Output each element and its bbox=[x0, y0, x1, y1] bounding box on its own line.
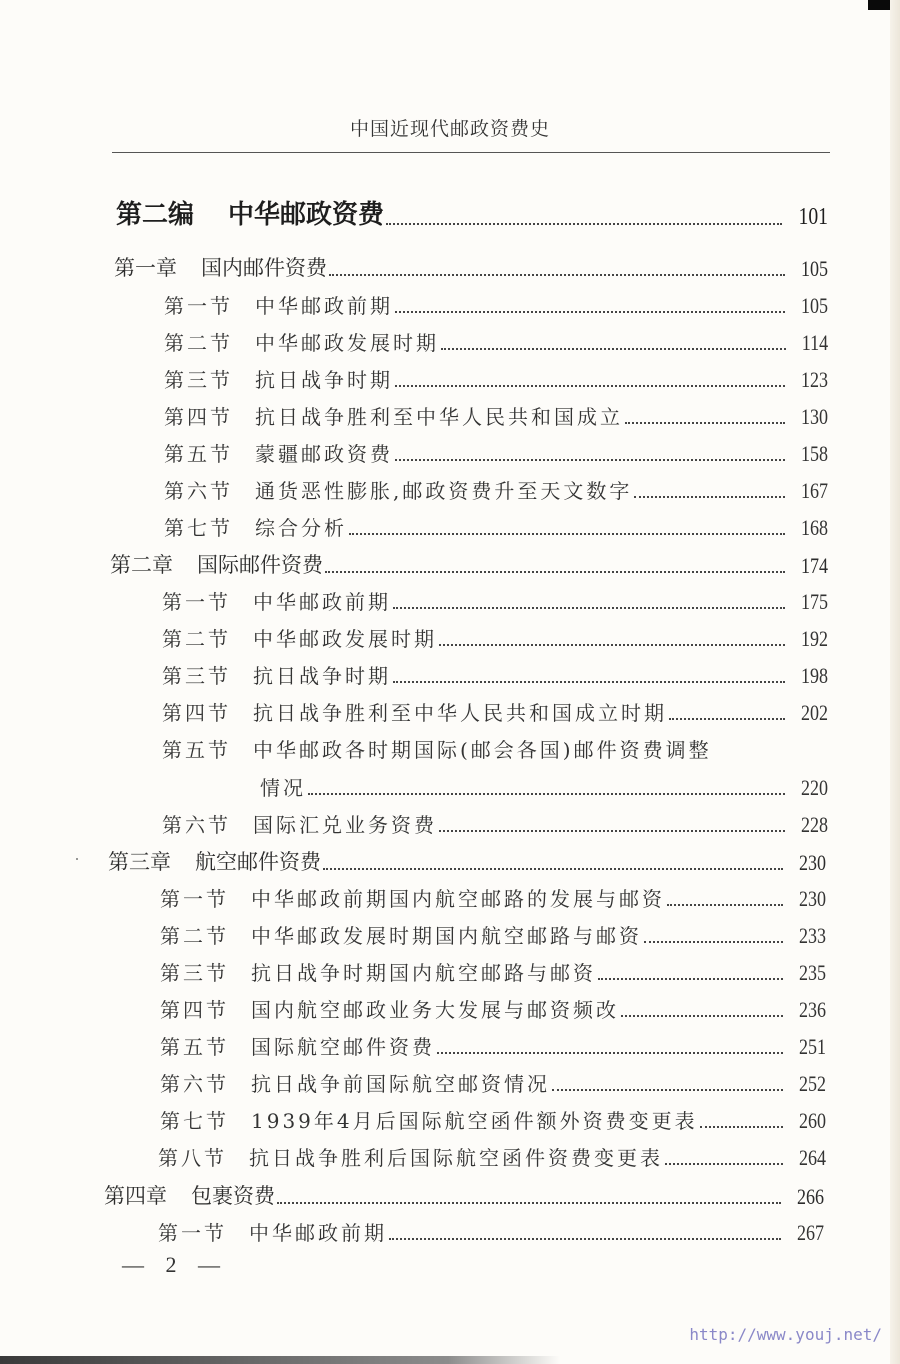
dot-leader bbox=[667, 884, 783, 906]
section-title-continued: 情况 bbox=[260, 772, 306, 801]
section-title: 抗日战争时期 bbox=[253, 660, 391, 689]
dot-leader bbox=[598, 958, 783, 980]
dot-leader bbox=[395, 365, 785, 387]
section-label: 第二节 bbox=[164, 327, 233, 356]
toc-section[interactable]: 第四节 抗日战争胜利至中华人民共和国成立时期 202 bbox=[162, 697, 828, 726]
section-title: 中华邮政前期 bbox=[255, 290, 393, 319]
toc-section-continuation[interactable]: 情况 220 bbox=[260, 772, 828, 801]
toc-section[interactable]: 第八节 抗日战争胜利后国际航空函件资费变更表 264 bbox=[158, 1142, 826, 1171]
page-number: 233 bbox=[799, 923, 826, 949]
section-title: 国际汇兑业务资费 bbox=[253, 809, 437, 838]
section-title: 1939年4月后国际航空函件额外资费变更表 bbox=[251, 1105, 698, 1134]
dot-leader bbox=[323, 847, 783, 870]
section-title: 中华邮政发展时期 bbox=[255, 327, 439, 356]
section-label: 第三节 bbox=[160, 957, 229, 986]
page-number: 175 bbox=[801, 589, 828, 615]
chapter-label: 第一章 bbox=[114, 252, 177, 282]
toc-section[interactable]: 第四节 国内航空邮政业务大发展与邮资频改 236 bbox=[160, 994, 826, 1023]
page-number: 130 bbox=[801, 404, 828, 430]
page-number: 158 bbox=[801, 441, 828, 467]
dot-leader bbox=[441, 328, 786, 350]
section-label: 第二节 bbox=[160, 920, 229, 949]
section-title: 中华邮政发展时期 bbox=[253, 623, 437, 652]
section-title: 抗日战争时期 bbox=[255, 364, 393, 393]
section-title: 中华邮政各时期国际(邮会各国)邮件资费调整 bbox=[253, 734, 712, 763]
dot-leader bbox=[329, 253, 785, 276]
toc-chapter[interactable]: 第三章 航空邮件资费 230 bbox=[108, 846, 826, 876]
dot-leader bbox=[669, 698, 785, 720]
toc-section[interactable]: 第三节 抗日战争时期 123 bbox=[164, 364, 828, 393]
page-number: 267 bbox=[797, 1220, 824, 1246]
toc-section[interactable]: 第一节 中华邮政前期国内航空邮路的发展与邮资 230 bbox=[160, 883, 826, 912]
section-label: 第六节 bbox=[162, 809, 231, 838]
toc-section[interactable]: 第一节 中华邮政前期 105 bbox=[164, 290, 828, 319]
dot-leader bbox=[308, 773, 785, 795]
dot-leader bbox=[644, 921, 783, 943]
toc-section[interactable]: 第一节 中华邮政前期 175 bbox=[162, 586, 828, 615]
page-number: 192 bbox=[801, 626, 828, 652]
toc-section[interactable]: 第六节 抗日战争前国际航空邮资情况 252 bbox=[160, 1068, 826, 1097]
page-number: 235 bbox=[799, 960, 826, 986]
chapter-label: 第四章 bbox=[104, 1180, 167, 1210]
dot-leader bbox=[389, 1218, 781, 1240]
section-label: 第三节 bbox=[164, 364, 233, 393]
toc-section[interactable]: 第三节 抗日战争时期国内航空邮路与邮资 235 bbox=[160, 957, 826, 986]
section-label: 第一节 bbox=[164, 290, 233, 319]
section-label: 第五节 bbox=[162, 734, 231, 763]
page-number: 236 bbox=[799, 997, 826, 1023]
toc-section[interactable]: 第二节 中华邮政发展时期 114 bbox=[164, 327, 828, 356]
running-head: 中国近现代邮政资费史 bbox=[0, 114, 900, 141]
dot-leader bbox=[325, 550, 785, 573]
page-number: 228 bbox=[801, 812, 828, 838]
page-number: 252 bbox=[799, 1071, 826, 1097]
dot-leader bbox=[621, 995, 783, 1017]
dot-leader bbox=[665, 1143, 783, 1165]
scan-edge-right bbox=[890, 0, 900, 1364]
section-title: 抗日战争时期国内航空邮路与邮资 bbox=[251, 957, 596, 986]
page-folio: — 2 — bbox=[122, 1252, 228, 1278]
toc-part[interactable]: 第二编 中华邮政资费 101 bbox=[116, 194, 828, 231]
dot-leader bbox=[439, 810, 785, 832]
section-label: 第二节 bbox=[162, 623, 231, 652]
toc-section[interactable]: 第六节 国际汇兑业务资费 228 bbox=[162, 809, 828, 838]
toc-chapter[interactable]: 第四章 包裹资费 266 bbox=[104, 1180, 824, 1210]
dot-leader bbox=[393, 661, 785, 683]
section-title: 通货恶性膨胀,邮政资费升至天文数字 bbox=[255, 475, 632, 504]
page-number: 123 bbox=[801, 367, 828, 393]
chapter-label: 第二章 bbox=[110, 549, 173, 579]
part-label: 第二编 bbox=[116, 194, 194, 231]
section-title: 蒙疆邮政资费 bbox=[255, 438, 393, 467]
page-number: 174 bbox=[801, 553, 828, 579]
dot-leader bbox=[277, 1181, 781, 1204]
scan-speck bbox=[76, 858, 78, 860]
dot-leader bbox=[700, 1106, 783, 1128]
toc-section[interactable]: 第二节 中华邮政发展时期 192 bbox=[162, 623, 828, 652]
page-number: 220 bbox=[801, 775, 828, 801]
section-label: 第三节 bbox=[162, 660, 231, 689]
dot-leader bbox=[552, 1069, 783, 1091]
header-rule bbox=[112, 152, 830, 153]
toc-section[interactable]: 第一节 中华邮政前期 267 bbox=[158, 1217, 824, 1246]
part-title: 中华邮政资费 bbox=[228, 194, 384, 231]
dot-leader bbox=[437, 1032, 783, 1054]
section-title: 中华邮政前期 bbox=[249, 1217, 387, 1246]
section-title: 中华邮政前期国内航空邮路的发展与邮资 bbox=[251, 883, 665, 912]
section-title: 抗日战争胜利后国际航空函件资费变更表 bbox=[249, 1142, 663, 1171]
section-label: 第七节 bbox=[160, 1105, 229, 1134]
watermark-url: http://www.youj.net/ bbox=[689, 1325, 882, 1344]
section-title: 综合分析 bbox=[255, 512, 347, 541]
toc-section[interactable]: 第七节 综合分析 168 bbox=[164, 512, 828, 541]
dot-leader bbox=[634, 476, 785, 498]
section-label: 第一节 bbox=[162, 586, 231, 615]
toc-chapter[interactable]: 第一章 国内邮件资费 105 bbox=[114, 252, 828, 282]
page-number: 168 bbox=[801, 515, 828, 541]
section-label: 第五节 bbox=[164, 438, 233, 467]
section-label: 第七节 bbox=[164, 512, 233, 541]
page-number: 230 bbox=[799, 850, 826, 876]
section-label: 第一节 bbox=[158, 1217, 227, 1246]
section-title: 抗日战争前国际航空邮资情况 bbox=[251, 1068, 550, 1097]
chapter-title: 国际邮件资费 bbox=[197, 549, 323, 579]
section-label: 第六节 bbox=[160, 1068, 229, 1097]
page-number: 114 bbox=[802, 330, 828, 356]
page-number: 105 bbox=[801, 293, 828, 319]
toc-section[interactable]: 第四节 抗日战争胜利至中华人民共和国成立 130 bbox=[164, 401, 828, 430]
section-label: 第一节 bbox=[160, 883, 229, 912]
section-title: 中华邮政前期 bbox=[253, 586, 391, 615]
chapter-title: 国内邮件资费 bbox=[201, 252, 327, 282]
section-title: 抗日战争胜利至中华人民共和国成立时期 bbox=[253, 697, 667, 726]
toc-section[interactable]: 第七节 1939年4月后国际航空函件额外资费变更表 260 bbox=[160, 1105, 826, 1134]
page-number: 266 bbox=[797, 1184, 824, 1210]
section-label: 第四节 bbox=[164, 401, 233, 430]
page-number: 167 bbox=[801, 478, 828, 504]
toc-chapter[interactable]: 第二章 国际邮件资费 174 bbox=[110, 549, 828, 579]
dot-leader bbox=[393, 587, 785, 609]
dot-leader bbox=[349, 513, 785, 535]
section-label: 第六节 bbox=[164, 475, 233, 504]
toc-section[interactable]: 第三节 抗日战争时期 198 bbox=[162, 660, 828, 689]
chapter-title: 航空邮件资费 bbox=[195, 846, 321, 876]
section-label: 第八节 bbox=[158, 1142, 227, 1171]
page-number: 260 bbox=[799, 1108, 826, 1134]
toc-section[interactable]: 第二节 中华邮政发展时期国内航空邮路与邮资 233 bbox=[160, 920, 826, 949]
dot-leader bbox=[386, 197, 782, 225]
page-number: 264 bbox=[799, 1145, 826, 1171]
scan-shadow-bottom bbox=[0, 1356, 560, 1364]
section-title: 抗日战争胜利至中华人民共和国成立 bbox=[255, 401, 623, 430]
toc-section[interactable]: 第五节 中华邮政各时期国际(邮会各国)邮件资费调整 bbox=[162, 734, 828, 763]
section-title: 中华邮政发展时期国内航空邮路与邮资 bbox=[251, 920, 642, 949]
section-label: 第四节 bbox=[162, 697, 231, 726]
chapter-title: 包裹资费 bbox=[191, 1180, 275, 1210]
page-number: 202 bbox=[801, 700, 828, 726]
section-title: 国际航空邮件资费 bbox=[251, 1031, 435, 1060]
toc-section[interactable]: 第五节 国际航空邮件资费 251 bbox=[160, 1031, 826, 1060]
chapter-label: 第三章 bbox=[108, 846, 171, 876]
page-number: 251 bbox=[799, 1034, 826, 1060]
page-number: 101 bbox=[798, 204, 828, 231]
section-label: 第五节 bbox=[160, 1031, 229, 1060]
dot-leader bbox=[395, 291, 785, 313]
dot-leader bbox=[625, 402, 785, 424]
toc-section[interactable]: 第六节 通货恶性膨胀,邮政资费升至天文数字 167 bbox=[164, 475, 828, 504]
section-label: 第四节 bbox=[160, 994, 229, 1023]
page-number: 198 bbox=[801, 663, 828, 689]
page-number: 230 bbox=[799, 886, 826, 912]
dot-leader bbox=[395, 439, 785, 461]
dot-leader bbox=[439, 624, 785, 646]
toc-section[interactable]: 第五节 蒙疆邮政资费 158 bbox=[164, 438, 828, 467]
page-number: 105 bbox=[801, 256, 828, 282]
section-title: 国内航空邮政业务大发展与邮资频改 bbox=[251, 994, 619, 1023]
